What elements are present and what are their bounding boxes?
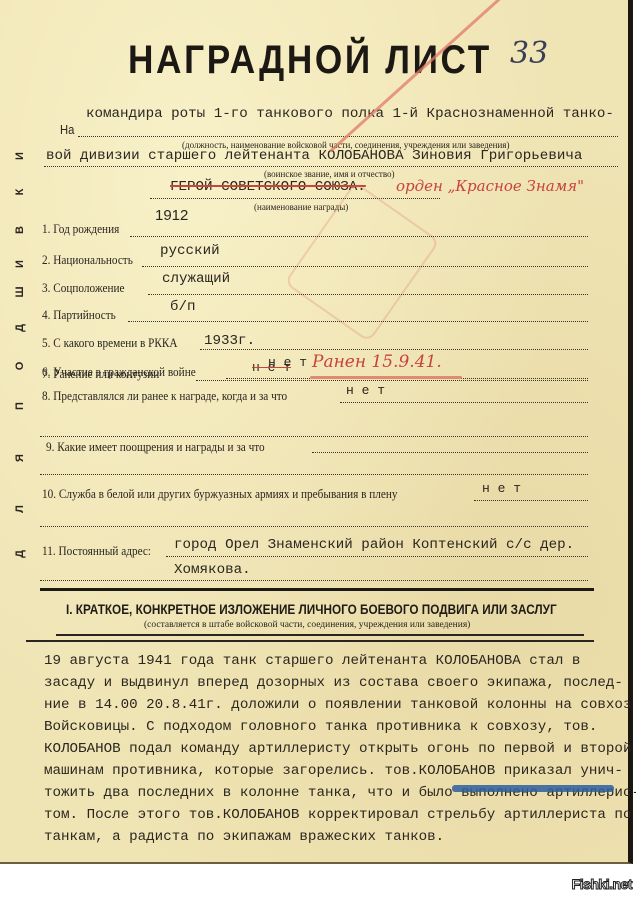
field-label: 10. Служба в белой или других буржуазных… <box>42 487 398 502</box>
rank-name-line: вой дивизии старшего лейтенанта КОЛОБАНО… <box>46 148 582 164</box>
margin-letter: Ш <box>14 286 26 298</box>
field-value: 1912 <box>155 207 188 224</box>
award-handwritten-correction: орден „Красное Знамя" <box>396 177 584 195</box>
watermark-logo: Fishki.net <box>572 876 632 892</box>
field-underline <box>196 380 588 381</box>
field-continuation-line <box>40 436 588 437</box>
rank-name-hint: (воинское звание, имя и отчество) <box>264 169 395 179</box>
section-subheading: (составляется в штабе войсковой части, с… <box>144 620 470 630</box>
field-label: 4. Партийность <box>42 308 116 323</box>
field-underline <box>166 556 588 557</box>
section-top-rule <box>40 588 594 591</box>
blue-pencil-scribble <box>452 785 614 792</box>
field-underline <box>142 266 588 267</box>
margin-letter: В <box>14 224 26 236</box>
award-sheet-paper: НАГРАДНОЙ ЛИСТ 33 Д Л Я П О Д Ш И В К И … <box>0 0 633 864</box>
handwritten-archive-number: 33 <box>510 36 548 71</box>
margin-letter: И <box>14 258 26 270</box>
award-typed-struck: ГЕРОЙ СОВЕТСКОГО СОЮЗА. <box>170 179 366 195</box>
margin-letter: Л <box>14 503 26 515</box>
document-title: НАГРАДНОЙ ЛИСТ <box>128 38 492 83</box>
section-heading: I. КРАТКОЕ, КОНКРЕТНОЕ ИЗЛОЖЕНИЕ ЛИЧНОГО… <box>66 601 557 617</box>
field-label: 7. Ранение или контузии <box>42 367 159 382</box>
field-underline <box>340 402 588 403</box>
field-value: б/п <box>170 299 196 315</box>
body-line: том. После этого тов.КОЛОБАНОВ корректир… <box>44 804 618 826</box>
section-sub-rule <box>56 634 584 636</box>
field-value: н е т <box>346 383 385 398</box>
body-line: машинам противника, которые загорелись. … <box>44 760 618 782</box>
field-underline <box>128 321 588 322</box>
field-value: город Орел Знаменский район Коптенский с… <box>174 537 574 553</box>
rank-name-underline <box>44 166 618 167</box>
field-underline <box>474 500 588 501</box>
field-continuation-line <box>40 474 588 475</box>
body-line: Войсковицы. С подходом головного танка п… <box>44 716 618 738</box>
body-line: засаду и выдвинул вперед дозорных из сос… <box>44 672 618 694</box>
margin-letter: К <box>14 186 26 198</box>
field-value-line2: Хомякова. <box>174 562 251 578</box>
na-label: На <box>60 123 74 137</box>
margin-letter: О <box>14 360 26 372</box>
field-value: н е т <box>252 360 291 375</box>
field-label: 2. Национальность <box>42 253 133 268</box>
margin-letter: Я <box>14 452 26 464</box>
field-underline <box>312 452 588 453</box>
margin-letter: И <box>14 150 26 162</box>
field-continuation-line <box>40 526 588 527</box>
award-underline <box>150 198 440 199</box>
margin-letter: Д <box>14 322 26 334</box>
position-line1: командира роты 1-го танкового полка 1-й … <box>86 106 614 122</box>
field-value: служащий <box>162 271 230 287</box>
body-line: КОЛОБАНОВ подал команду артиллеристу отк… <box>44 738 618 760</box>
body-line: 19 августа 1941 года танк старшего лейте… <box>44 650 618 672</box>
field-value: 1933г. <box>204 333 255 349</box>
field-label: 3. Соцположение <box>42 281 125 296</box>
red-underline <box>310 376 462 379</box>
field-value: русский <box>160 243 220 259</box>
section-bottom-rule <box>26 640 594 642</box>
field-continuation-line <box>40 580 588 581</box>
field-handwritten-note: Ранен 15.9.41. <box>312 352 442 372</box>
field-label: 5. С какого времени в РККА <box>42 336 178 351</box>
field-label: 8. Представлялся ли ранее к награде, ког… <box>42 389 287 404</box>
field-underline <box>130 236 588 237</box>
body-line: танкам, а радиста по экипажам вражеских … <box>44 826 618 848</box>
field-label: 11. Постоянный адрес: <box>42 544 151 559</box>
field-underline <box>148 294 588 295</box>
margin-letter: П <box>14 400 26 412</box>
field-label: 9. Какие имеет поощрения и награды и за … <box>46 440 265 455</box>
body-line: ние в 14.00 20.8.41г. доложили о появлен… <box>44 694 618 716</box>
field-value: н е т <box>482 481 521 496</box>
margin-letter: Д <box>14 548 26 560</box>
field-label: 1. Год рождения <box>42 222 119 237</box>
